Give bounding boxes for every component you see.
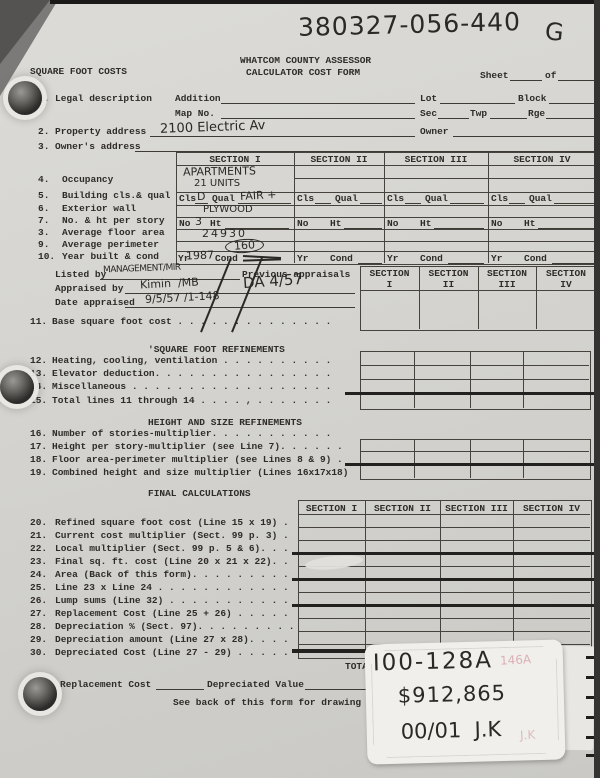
prev-section1-header: SECTION [360,268,419,279]
height-size-title: HEIGHT AND SIZE REFINEMENTS [148,417,302,428]
line12-label: Heating, cooling, ventilation . . . . . … [52,355,331,366]
twp-label: Twp [470,108,487,119]
line19-number: 19. [30,467,47,478]
line28-label: Depreciation % (Sect. 97). . . . . . . .… [55,621,294,632]
scan-edge-right [594,0,600,778]
form-name: CALCULATOR COST FORM [246,67,360,78]
row10-number: 10. [38,251,55,262]
row8-number: 3. [38,227,49,238]
table-line [470,439,471,478]
line17-label: Height per story-multiplier (see Line 7)… [52,441,343,452]
blank-line [448,263,484,264]
scan-artifact-line [292,578,600,581]
no-label-s2: No [297,218,308,229]
line13-label: Elevator deduction. . . . . . . . . . . … [52,368,331,379]
sqft-refinements-title: 'SQUARE FOOT REFINEMENTS [148,344,285,355]
table-line [298,618,590,619]
blank-line [150,136,415,137]
table-line [298,592,590,593]
scanned-assessor-form: 380327-056-440 G WHATCOM COUNTY ASSESSOR… [0,0,600,778]
line24-number: 24. [30,569,47,580]
line11-number: 11. [30,316,47,327]
file-letter-handwritten: G [544,19,565,45]
line21-label: Current cost multiplier (Sect. 99 p. 3) … [55,530,289,541]
line15-number: 15. [30,395,47,406]
blank-line [156,689,204,690]
sticker-note-handwritten: 00/01 J.K [400,719,501,743]
line24-label: Area (Back of this form). . . . . . . . … [55,569,289,580]
addition-label: Addition [175,93,221,104]
blank-line [221,103,415,104]
cond-label-s1: Cond [215,253,238,264]
line3-number: 3. [38,141,49,152]
blank-line [538,228,594,229]
sqft-refinements-table [360,351,591,410]
ht-label-s2: Ht [330,218,341,229]
table-line [360,365,589,366]
line23-label: Final sq. ft. cost (Line 20 x 21 x 22). … [55,556,289,567]
line25-number: 25. [30,582,47,593]
sticker-amount-handwritten: $912,865 [398,683,507,707]
section4-header: SECTION IV [488,154,596,165]
final-section1-header: SECTION I [298,503,365,514]
table-line [360,290,596,291]
row9-number: 9. [38,239,49,250]
sec-label: Sec [420,108,437,119]
blank-line [554,203,594,204]
line25-label: Line 23 x Line 24 . . . . . . . . . . . … [55,582,289,593]
blank-line [549,103,597,104]
row6-number: 6. [38,203,49,214]
final-section2-header: SECTION II [365,503,440,514]
line26-label: Lump sums (Line 32) . . . . . . . . . . … [55,595,289,606]
table-line [360,379,589,380]
yr-label-s3: Yr [387,253,398,264]
prev-section3-header: SECTION [478,268,536,279]
section1-header: SECTION I [176,154,294,165]
cond-label-s4: Cond [524,253,547,264]
line30-label: Depreciated Cost (Line 27 - 29) . . . . … [55,647,289,658]
line17-number: 17. [30,441,47,452]
qual-label-s4: Qual [529,193,552,204]
blank-line [344,228,382,229]
table-line [298,514,590,515]
row5-number: 5. [38,190,49,201]
blank-line [438,118,469,119]
line30-number: 30. [30,647,47,658]
ht-label-s3: Ht [420,218,431,229]
line22-number: 22. [30,543,47,554]
cls-label-s4: Cls [491,193,508,204]
cond-label-s3: Cond [420,253,443,264]
listed-by-label: Listed by [55,269,106,280]
replacement-cost-label: Replacement Cost [60,679,151,690]
lot-label: Lot [420,93,437,104]
table-line [523,439,524,478]
occupancy-handwritten-2: 21 UNITS [194,179,240,189]
line2-number: 2. [38,126,49,137]
table-line [298,527,590,528]
appraised-by-label: Appraised by [55,283,123,294]
property-address-handwritten: 2100 Electric Av [160,119,266,136]
yr-label-s2: Yr [297,253,308,264]
see-back-note: See back of this form for drawing [173,697,361,708]
line3-label: Owner's address [55,141,141,152]
line27-label: Replacement Cost (Line 25 + 26) . . . . … [55,608,289,619]
blank-line [315,203,331,204]
line16-label: Number of stories-multiplier. . . . . . … [52,428,331,439]
sticker-id-handwritten: I00-128A [373,649,494,675]
line1-label: Legal description [55,93,152,104]
yr-label-s4: Yr [491,253,502,264]
of-label: of [545,70,556,81]
row10-label: Year built & cond [62,251,159,262]
qual-label-s1: Qual [212,193,235,204]
ghost-pink-handwriting-2: J.K [520,728,536,743]
line2-label: Property address [55,126,146,137]
table-line [294,178,596,179]
scan-edge-top [50,0,600,4]
prev-section4-header: SECTION [536,268,596,279]
row7-number: 7. [38,215,49,226]
sheet-label: Sheet [480,70,509,81]
table-line [298,631,590,632]
line18-number: 18. [30,454,47,465]
blank-line [360,203,382,204]
year-handwritten: 1987 [186,250,214,262]
line29-number: 29. [30,634,47,645]
form-left-title: SQUARE FOOT COSTS [30,66,127,77]
cls-handwritten: D [197,191,205,202]
exterior-wall-handwritten: PLYWOOD [203,205,253,215]
blank-line [490,118,527,119]
table-line [360,451,589,452]
cond-label-s2: Cond [330,253,353,264]
table-line [414,439,415,478]
line11-label: Base square foot cost . . . . . . . . . … [52,316,331,327]
height-size-table [360,439,591,480]
line27-number: 27. [30,608,47,619]
line13-number: 13. [30,368,47,379]
qual-label-s2: Qual [335,193,358,204]
rge-label: Rge [528,108,545,119]
line28-number: 28. [30,621,47,632]
hole-punch [23,677,57,711]
row4-label: Occupancy [62,174,113,185]
depreciated-value-label: Depreciated Value [207,679,304,690]
table-line [488,152,489,263]
line19-label: Combined height and size multiplier (Lin… [52,467,348,478]
row6-label: Exterior wall [62,203,136,214]
qual-label-s3: Qual [425,193,448,204]
prev-section2-header: SECTION [419,268,478,279]
block-label: Block [518,93,547,104]
row4-number: 4. [38,174,49,185]
ghost-pink-handwriting: 146A [500,652,532,668]
hole-punch [0,370,34,404]
prev-section3-num: III [478,279,536,290]
row7-label: No. & ht per story [62,215,165,226]
file-number-handwritten: 380327-056-440 [298,9,521,40]
line12-number: 12. [30,355,47,366]
table-line [298,540,590,541]
cls-label-s2: Cls [297,193,314,204]
cls-label-s1: Cls [179,193,196,204]
map-no-label: Map No. [175,108,215,119]
line18-label: Floor area-perimeter multiplier (see Lin… [52,454,343,465]
scan-artifact-line [345,392,600,395]
blank-line [509,203,525,204]
line15-label: Total lines 11 through 14 . . . . , . . … [52,395,331,406]
floor-area-handwritten: 24930 [202,228,247,239]
line20-label: Refined square foot cost (Line 15 x 19) … [55,517,289,528]
line23-number: 23. [30,556,47,567]
prev-section4-num: IV [536,279,596,290]
no-label-s1: No [179,218,190,229]
blank-line [450,203,484,204]
line29-label: Depreciation amount (Line 27 x 28). . . … [55,634,289,645]
section3-header: SECTION III [384,154,488,165]
final-section4-header: SECTION IV [513,503,590,514]
value-sticker: I00-128A $912,865 00/01 J.K [364,639,565,764]
blank-line [546,118,597,119]
blank-line [558,80,597,81]
ht-label-s4: Ht [524,218,535,229]
final-section3-header: SECTION III [440,503,513,514]
blank-line [405,203,421,204]
scan-artifact-line [345,463,600,466]
org-title: WHATCOM COUNTY ASSESSOR [240,55,371,66]
line22-label: Local multiplier (Sect. 99 p. 5 & 6). . … [55,543,289,554]
occupancy-handwritten-1: APARTMENTS [183,165,256,177]
cls-label-s3: Cls [387,193,404,204]
blank-line [552,263,594,264]
qual-handwritten: FAIR + [240,189,277,202]
hole-punch [8,81,42,115]
line20-number: 20. [30,517,47,528]
blank-line [305,689,367,690]
line21-number: 21. [30,530,47,541]
blank-line [358,263,382,264]
blank-line [440,103,515,104]
row9-label: Average perimeter [62,239,159,250]
row5-label: Building cls.& qual [62,190,170,201]
line16-number: 16. [30,428,47,439]
no-label-s3: No [387,218,398,229]
owner-label: Owner [420,126,449,137]
no-label-s4: No [491,218,502,229]
line14-label: Miscellaneous . . . . . . . . . . . . . … [52,381,331,392]
final-calculations-title: FINAL CALCULATIONS [148,488,251,499]
scan-artifact-line [292,604,600,607]
stories-handwritten: 3 [195,216,202,227]
row8-label: Average floor area [62,227,165,238]
prev-section1-num: I [360,279,419,290]
table-line [384,152,385,263]
date-appraised-label: Date appraised [55,297,135,308]
blank-line [434,228,484,229]
blank-line [510,80,542,81]
prev-section2-num: II [419,279,478,290]
appraised-by-handwritten: Kimin /MB [140,276,199,290]
blank-line [453,136,597,137]
line26-number: 26. [30,595,47,606]
table-line [294,152,295,263]
section2-header: SECTION II [294,154,384,165]
